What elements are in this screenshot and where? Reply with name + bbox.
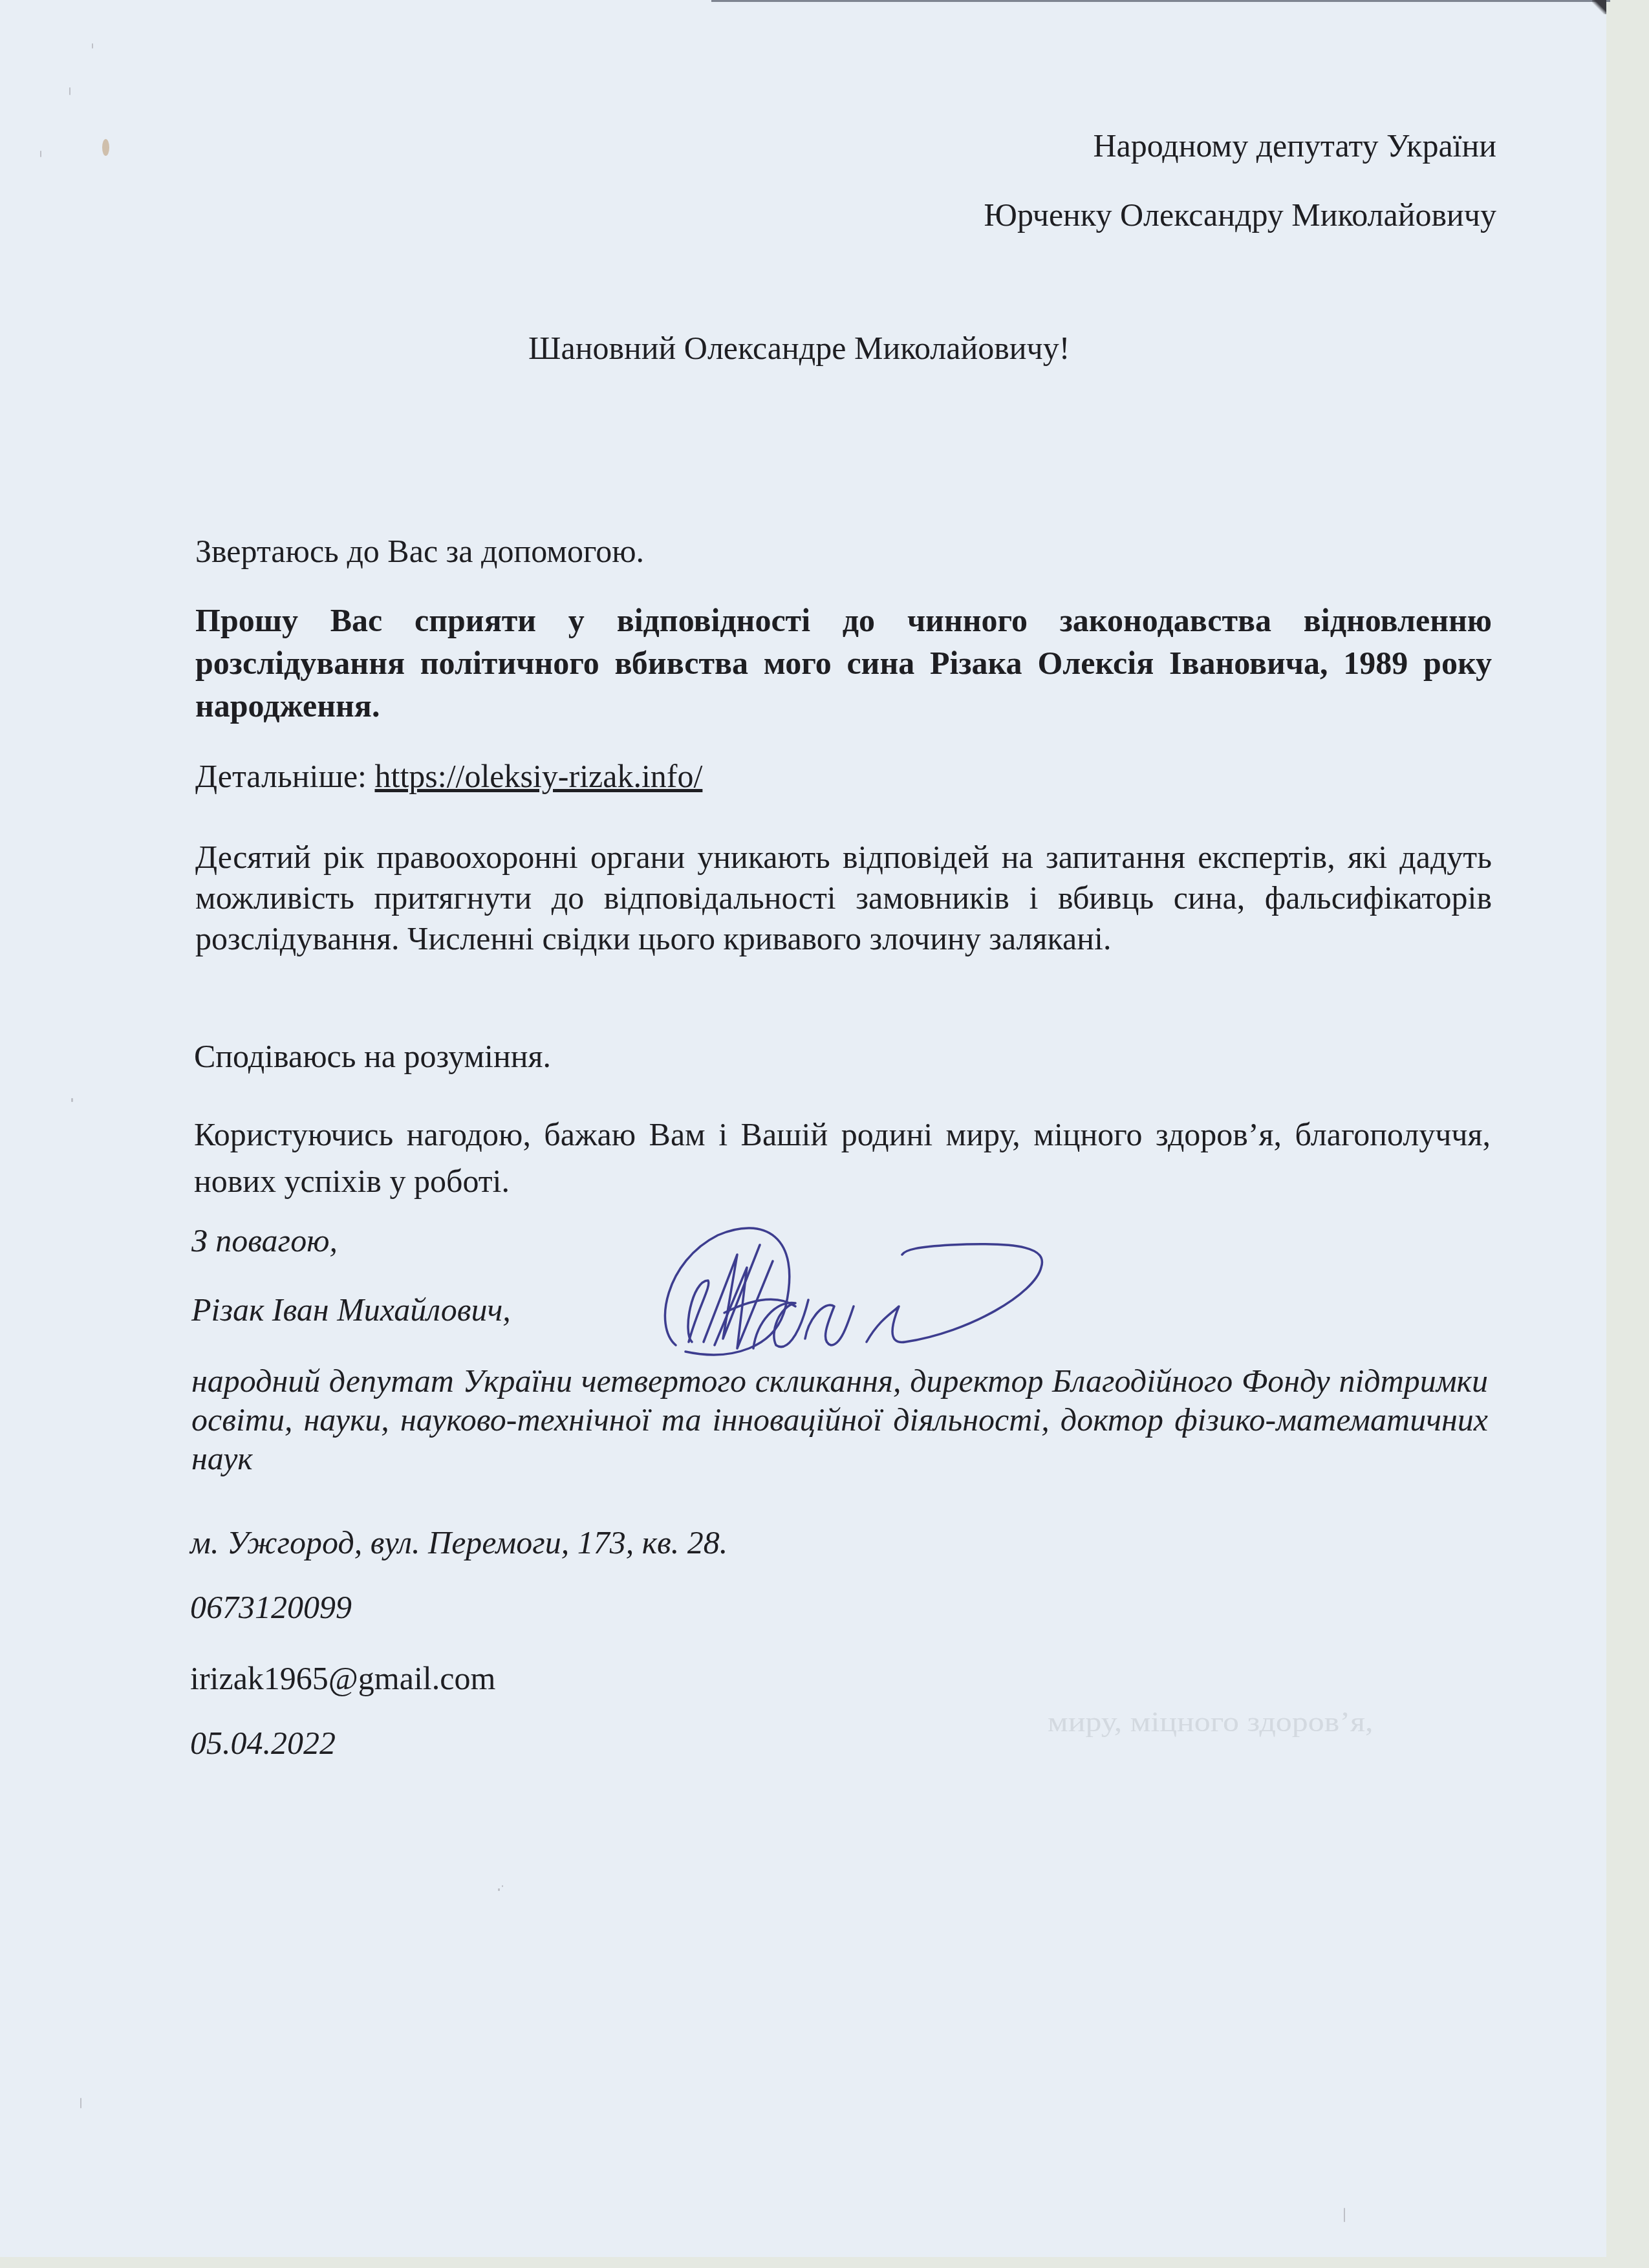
wishes-paragraph: Користуючись нагодою, бажаю Вам і Вашій … — [194, 1111, 1491, 1204]
addressee-line-1: Народному депутату України — [1093, 126, 1496, 165]
scan-edge-shadow — [711, 0, 1610, 2]
signature-icon — [647, 1209, 1177, 1371]
paper-speck — [69, 87, 70, 95]
signer-email: irizak1965@gmail.com — [190, 1659, 495, 1698]
signer-title: народний депутат України четвертого скли… — [191, 1361, 1488, 1478]
paper-speck — [40, 151, 41, 157]
paper-stain — [102, 139, 109, 156]
signer-name: Різак Іван Михайлович, — [191, 1290, 511, 1329]
intro-paragraph: Звертаюсь до Вас за допомогою. — [195, 532, 644, 570]
request-paragraph: Прошу Вас сприяти у відповідності до чин… — [195, 599, 1492, 727]
signer-address: м. Ужгород, вул. Перемоги, 173, кв. 28. — [190, 1523, 727, 1562]
salutation: Шановний Олександре Миколайовичу! — [528, 329, 1070, 367]
addressee-line-2: Юрченку Олександру Миколайовичу — [984, 195, 1496, 234]
paper-speck — [71, 1098, 73, 1102]
letter-page: Народному депутату України Юрченку Олекс… — [0, 0, 1606, 2257]
signer-phone: 0673120099 — [190, 1588, 352, 1626]
paper-speck — [80, 2098, 81, 2108]
details-link[interactable]: https://oleksiy-rizak.info/ — [375, 758, 703, 794]
paper-speck — [1344, 2208, 1345, 2222]
paper-speck — [502, 1885, 503, 1887]
details-line: Детальніше: https://oleksiy-rizak.info/ — [195, 757, 702, 795]
details-label: Детальніше: — [195, 758, 375, 794]
show-through-text: миру, міцного здоров’я, — [1048, 1705, 1374, 1738]
paper-speck — [92, 43, 93, 49]
scan-corner-shadow — [1592, 0, 1606, 14]
regards-line: З повагою, — [191, 1221, 338, 1260]
paper-speck — [498, 1888, 500, 1891]
main-paragraph: Десятий рік правоохоронні органи уникают… — [195, 837, 1492, 959]
hope-paragraph: Сподіваюсь на розуміння. — [194, 1037, 551, 1075]
letter-date: 05.04.2022 — [190, 1723, 336, 1762]
